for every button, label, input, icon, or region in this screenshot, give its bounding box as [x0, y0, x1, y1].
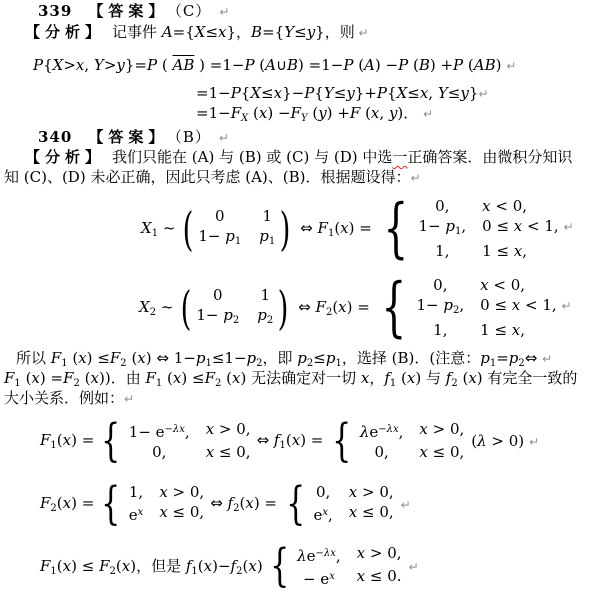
text-run: }= — [125, 56, 147, 74]
text-run: 1, — [433, 321, 447, 339]
text-run: ，即 — [263, 349, 298, 367]
text-run: > 0) — [487, 432, 529, 450]
text-run: )− — [212, 557, 230, 575]
text-run: −λx — [165, 424, 185, 435]
text-run: ( — [248, 104, 259, 122]
text-run: }， — [227, 23, 252, 41]
text-run: ) ≤ — [71, 557, 99, 575]
piecewise-grid: 1, x > 0, ex x ≤ 0, — [129, 483, 204, 525]
piecewise-condition: 1 ≤ x, — [480, 321, 525, 340]
text-run: F — [4, 369, 14, 387]
text-run: y — [116, 56, 124, 74]
formula-lhs: F1(x) ≤ F2(x)，但是 f1(x)−f2(x) — [40, 555, 263, 577]
text-run: < 1, — [522, 217, 563, 235]
piecewise-value: ex, — [313, 503, 332, 525]
text-run: X — [195, 23, 206, 41]
text-run: ≤ — [448, 84, 461, 102]
answer-label: 【答案】 — [88, 2, 168, 20]
text-run: ≤1− — [212, 349, 247, 367]
text-run: { — [387, 84, 397, 102]
text-run: 知 (C)、(D) 未必正确，因此只考虑 (A)、(B)．根据题设得： — [4, 168, 410, 186]
text-run: x — [514, 217, 522, 235]
text-run: 0, — [433, 276, 447, 294]
text-run: P — [231, 84, 241, 102]
text-run: ( — [463, 56, 474, 74]
text-run: ⇔ — [257, 431, 274, 449]
text-run: p — [443, 296, 453, 314]
text-run: 1− — [198, 227, 225, 245]
text-run: x — [357, 567, 365, 585]
text-run: ~ — [158, 219, 175, 237]
text-run: < 0, — [489, 276, 525, 294]
text-run: P — [453, 56, 463, 74]
text-run: X — [139, 298, 150, 316]
formula-lhs: X2 ~ — [139, 298, 173, 318]
text-run: ( — [308, 104, 319, 122]
text-run: x — [340, 219, 348, 237]
text-run: ( — [21, 369, 32, 387]
text-run: ) — [146, 349, 157, 367]
text-run: ≤ 0, — [214, 443, 250, 461]
text-run: ) + — [430, 56, 453, 74]
text-run: 1 ≤ — [480, 321, 512, 339]
piecewise-value: λe−λx, — [297, 544, 341, 566]
text-run: x — [63, 431, 71, 449]
text-run: ) − — [375, 56, 398, 74]
text-run: = — [496, 349, 509, 367]
problem-number: 339 — [38, 2, 72, 20]
paragraph-mark-icon: ↵ — [355, 26, 369, 40]
text-run: 大小关系．例如： — [4, 389, 124, 407]
formula-lhs: F1(x) = — [40, 431, 94, 451]
text-run: ⇔ — [300, 219, 317, 237]
piecewise-value: 0, — [435, 197, 449, 216]
text-run: } — [469, 84, 479, 102]
text-run: X — [250, 84, 261, 102]
text-run: ，但是 — [136, 557, 186, 575]
text-run: x — [512, 321, 520, 339]
text-run: ) =1− — [194, 56, 244, 74]
piecewise-value: 0, — [433, 276, 447, 295]
text-run: ( — [68, 349, 79, 367]
conclusion-line-3: 大小关系．例如：↵ — [4, 389, 134, 409]
text-run: P — [304, 84, 314, 102]
paragraph-mark-icon: ↵ — [409, 560, 419, 574]
piecewise-function: { 1, x > 0, ex x ≤ 0, — [98, 483, 204, 525]
text-run: ≤ 0, — [357, 503, 393, 521]
text-run: P — [33, 56, 43, 74]
expansion-formula-line: =1−P{X≤x}−P{Y≤y}+P{X≤x, Y≤y}↵ — [196, 84, 488, 104]
text-run: p — [297, 349, 307, 367]
document-page: 339【答案】（C）↵ 【分析】记事件 A={X≤x}，B={Y≤y}，则 ↵ … — [0, 0, 595, 593]
piecewise-condition: x > 0, — [159, 483, 204, 502]
text-run: ≤ 0. — [365, 567, 401, 585]
piecewise-condition: 0 ≤ x < 1, ↵ — [480, 296, 571, 320]
piecewise-condition: x ≤ 0, — [206, 443, 251, 462]
text-run: F — [40, 557, 50, 575]
paragraph-mark-icon: ↵ — [478, 87, 488, 101]
text-run: P — [398, 56, 408, 74]
text-run: X — [397, 84, 408, 102]
piecewise-function: { 0, x < 0, 1− p1, 0 ≤ x < 1, ↵ 1, 1 ≤ x… — [378, 197, 574, 261]
text-run: , — [379, 104, 389, 122]
text-run: ) = — [254, 494, 277, 512]
text-run: , — [336, 547, 341, 565]
text-run: y — [460, 84, 468, 102]
text-run: x — [206, 443, 214, 461]
text-run: x — [159, 503, 167, 521]
text-run: ) — [257, 557, 263, 575]
problem-number: 340 — [38, 128, 72, 146]
curly-brace-icon: { — [381, 276, 406, 341]
text-run: , — [461, 217, 466, 235]
text-run: F — [110, 349, 120, 367]
analysis-line-340-2: 知 (C)、(D) 未必正确，因此只考虑 (A)、(B)．根据题设得：↵ — [4, 168, 421, 188]
answer-value: （C） — [174, 2, 211, 20]
matrix-cell: 1− p1 — [198, 227, 241, 251]
answer-line-339: 339【答案】（C）↵ — [38, 2, 229, 22]
matrix-grid: 0 1 1− p1 p1 — [197, 207, 276, 251]
text-run: F — [145, 369, 155, 387]
text-run: ) ≤ — [87, 349, 110, 367]
distribution-matrix: ( 0 1 1− p2 p2 ) — [177, 285, 292, 331]
formula-tail: ↵ — [409, 557, 419, 575]
piecewise-value: 1− e−λx, — [129, 420, 190, 442]
text-run: −λx — [378, 424, 398, 435]
text-run: Y — [284, 23, 294, 41]
text-run: F — [205, 369, 215, 387]
text-run: ) = — [40, 369, 63, 387]
text-run: ， — [369, 369, 384, 387]
text-run: x — [78, 349, 86, 367]
piecewise-condition: x ≤ 0. — [357, 567, 402, 589]
text-run: ∪ — [276, 56, 287, 74]
text-run: 1 — [262, 207, 272, 225]
text-run: F — [316, 298, 326, 316]
text-run: 1 ≤ — [482, 242, 514, 260]
text-run: F — [318, 219, 328, 237]
text-run: p — [445, 217, 455, 235]
piecewise-condition: x ≤ 0, — [349, 503, 394, 525]
answer-value: （B） — [174, 128, 211, 146]
text-run: p — [223, 306, 233, 324]
text-run: AB — [173, 56, 195, 74]
text-run: ( — [360, 104, 371, 122]
text-run: x — [63, 557, 71, 575]
text-run: 所以 — [16, 349, 51, 367]
text-run: ) 有完全一致的 — [477, 369, 578, 387]
paragraph-mark-icon: ↵ — [423, 107, 433, 121]
matrix-grid: 0 1 1− p2 p2 — [195, 286, 274, 330]
piecewise-function: { λe−λx, x > 0, 0, x ≤ 0, — [329, 420, 464, 462]
text-run: p — [247, 349, 257, 367]
text-run: 1, — [435, 242, 449, 260]
text-run: 1− — [169, 349, 196, 367]
text-run: p — [259, 227, 269, 245]
piecewise-value: 0, — [152, 443, 166, 462]
text-run: ) 无法确定对一切 — [240, 369, 360, 387]
formula-lhs: X1 ~ — [141, 219, 175, 239]
joint-probability-formula-line: P{X>x, Y>y}=P ( AB ) =1−P (A∪B) =1−P (A)… — [33, 56, 516, 76]
text-run: x — [63, 494, 71, 512]
text-run: 0, — [152, 443, 166, 461]
text-run: F — [40, 431, 50, 449]
text-run: > 0, — [168, 483, 204, 501]
text-run: ( — [408, 56, 419, 74]
formula-mid: ⇔ f1(x) = — [257, 431, 324, 451]
matrix-cell: 1 — [260, 286, 270, 305]
curly-brace-icon: { — [102, 482, 121, 527]
paragraph-mark-icon: ↵ — [219, 131, 229, 145]
text-run: ⇔ — [156, 349, 169, 367]
text-run: F — [350, 104, 360, 122]
text-run: 一 — [392, 148, 407, 166]
text-run: x — [274, 84, 282, 102]
text-run: x — [248, 557, 256, 575]
text-run: > — [63, 56, 76, 74]
text-run: ⇔ — [298, 298, 315, 316]
text-run: x — [468, 369, 476, 387]
formula-lhs: F2(x) = — [40, 494, 94, 514]
text-run: }− — [282, 84, 304, 102]
text-run: ( — [255, 56, 266, 74]
text-run: , — [399, 423, 404, 441]
piecewise-condition: x > 0, — [206, 420, 251, 442]
piecewise-grid: λe−λx, x > 0, − ex x ≤ 0. — [297, 544, 401, 589]
piecewise-value: 0, — [374, 443, 388, 462]
text-run: 2 — [267, 315, 273, 326]
text-run: ≤ — [407, 84, 420, 102]
text-run: P — [147, 56, 157, 74]
analysis-line-340-1: 【分析】我们只能在 (A) 与 (B) 或 (C) 与 (D) 中选一正确答案．… — [25, 148, 572, 167]
text-run: Y — [438, 84, 448, 102]
text-run: y — [307, 23, 315, 41]
text-run: ) = — [71, 494, 94, 512]
cdf-result-formula-line: =1−FX (x) −FY (y) +F (x, y)． ↵ — [196, 104, 433, 128]
text-run: B — [419, 56, 430, 74]
piecewise-value: 1, — [433, 321, 447, 340]
paren-left-icon: ( — [181, 285, 192, 331]
text-run: , — [428, 84, 438, 102]
text-run: x — [480, 276, 488, 294]
text-run: ))．由 — [99, 369, 145, 387]
piecewise-value: 0, — [316, 483, 330, 502]
text-run: < 1, — [520, 296, 561, 314]
text-run: ≤ 0, — [428, 443, 464, 461]
text-run: p — [480, 349, 490, 367]
text-run: , — [84, 56, 94, 74]
text-run: λ — [477, 432, 487, 450]
paren-right-icon: ) — [278, 285, 289, 331]
f2-example-formula: F2(x) = { 1, x > 0, ex x ≤ 0, ⇔ f2(x) = … — [40, 482, 411, 526]
text-run: − e — [303, 570, 329, 588]
matrix-cell: p2 — [257, 306, 273, 330]
text-run: x — [292, 431, 300, 449]
text-run: F — [291, 104, 301, 122]
piecewise-function: { 0, x < 0, 1− p2, 0 ≤ x < 1, ↵ 1, 1 ≤ x… — [376, 276, 572, 340]
text-run: 1− e — [129, 423, 165, 441]
text-run: P — [377, 84, 387, 102]
text-run: 0, — [374, 443, 388, 461]
piecewise-value: ex — [129, 503, 144, 525]
text-run: }，则 — [315, 23, 355, 41]
text-run: A — [364, 56, 375, 74]
text-run: F — [99, 557, 109, 575]
text-run: ) = — [347, 298, 370, 316]
text-run: 0, — [316, 483, 330, 501]
text-run: x — [329, 571, 335, 582]
text-run: > 0, — [428, 420, 464, 438]
text-run: x — [514, 242, 522, 260]
text-run: x — [338, 298, 346, 316]
text-run: ( — [162, 369, 173, 387]
text-run: ={ — [173, 23, 195, 41]
distribution-matrix: ( 0 1 1− p1 p1 ) — [179, 206, 294, 252]
text-run: ≤ — [261, 84, 274, 102]
text-run: λ — [360, 423, 370, 441]
text-run: 1 — [235, 236, 241, 247]
text-run: =1− — [196, 84, 231, 102]
difference-formula: F1(x) ≤ F2(x)，但是 f1(x)−f2(x) { λe−λx, x … — [40, 543, 419, 589]
text-run: ≤ 0, — [168, 503, 204, 521]
text-run: 1− — [418, 217, 445, 235]
text-run: , — [522, 242, 527, 260]
text-run: > 0, — [365, 544, 401, 562]
text-run: 0 — [215, 207, 225, 225]
text-run: x — [204, 557, 212, 575]
text-run: ) ≤ — [181, 369, 204, 387]
piecewise-grid: 0, x < 0, 1− p2, 0 ≤ x < 1, ↵ 1, 1 ≤ x, — [416, 276, 571, 340]
curly-brace-icon: { — [270, 544, 289, 589]
text-run: P — [244, 56, 254, 74]
text-run: , — [328, 506, 333, 524]
text-run: λ — [297, 547, 307, 565]
text-run: x — [122, 557, 130, 575]
piecewise-condition: x ≤ 0, — [159, 503, 204, 525]
formula-mid: ⇔ F1(x) = — [300, 219, 372, 239]
text-run: Y — [94, 56, 104, 74]
text-run: F — [63, 369, 73, 387]
text-run: x — [31, 369, 39, 387]
matrix-cell: p1 — [259, 227, 275, 251]
text-run: ( — [353, 56, 364, 74]
text-run: −λx — [316, 548, 336, 559]
paragraph-mark-icon: ↵ — [401, 498, 411, 512]
text-run: ⇔ — [525, 349, 538, 367]
text-run: 记事件 — [112, 23, 162, 41]
text-run: ( — [458, 369, 469, 387]
text-run: ( — [396, 369, 407, 387]
text-run: x — [482, 197, 490, 215]
text-run: ⇔ — [210, 494, 227, 512]
text-run: 1 — [269, 236, 275, 247]
text-run: y — [318, 104, 326, 122]
text-run: F — [40, 494, 50, 512]
piecewise-value: 1− p2, — [416, 296, 464, 320]
piecewise-grid: 1− e−λx, x > 0, 0, x ≤ 0, — [129, 420, 251, 462]
text-run: 2 — [233, 315, 239, 326]
piecewise-value: 1− p1, — [418, 217, 466, 241]
x1-distribution-formula: X1 ~ ( 0 1 1− p1 p1 ) ⇔ F1(x) = { 0, x <… — [141, 198, 574, 260]
text-run: x — [419, 443, 427, 461]
analysis-text: 记事件 A={X≤x}，B={Y≤y}，则 ↵ — [112, 23, 369, 41]
text-run: }+ — [355, 84, 377, 102]
curly-brace-icon: { — [286, 482, 305, 527]
text-run: x — [138, 507, 144, 518]
matrix-cell: 1 — [262, 207, 272, 226]
piecewise-condition: 0 ≤ x < 1, ↵ — [482, 217, 573, 241]
piecewise-condition: x > 0, — [419, 420, 464, 442]
text-run: ) − — [267, 104, 290, 122]
x2-distribution-formula: X2 ~ ( 0 1 1− p2 p2 ) ⇔ F2(x) = { 0, x <… — [139, 277, 572, 339]
text-run: 0, — [435, 197, 449, 215]
text-run: X — [53, 56, 64, 74]
piecewise-value: 1, — [435, 242, 449, 261]
paren-right-icon: ) — [280, 206, 291, 252]
text-run: p — [509, 349, 519, 367]
text-run: ≤ — [294, 23, 307, 41]
text-run: Y — [301, 113, 308, 124]
text-run: p — [257, 306, 267, 324]
text-run: F — [51, 349, 61, 367]
formula-mid: ⇔ f2(x) = — [210, 494, 277, 514]
analysis-line-339: 【分析】记事件 A={X≤x}，B={Y≤y}，则 ↵ — [25, 23, 369, 43]
formula-mid: ⇔ F2(x) = — [298, 298, 370, 318]
piecewise-condition: x > 0, — [357, 544, 402, 566]
text-run: Y — [324, 84, 334, 102]
paragraph-mark-icon: ↵ — [124, 392, 134, 406]
text-run: , — [520, 321, 525, 339]
text-run: { — [241, 84, 251, 102]
text-run: A — [162, 23, 173, 41]
text-run: x — [137, 349, 145, 367]
text-run: 0 ≤ — [482, 217, 514, 235]
piecewise-grid: 0, x > 0, ex, x ≤ 0, — [313, 483, 393, 525]
text-run: ) = — [71, 431, 94, 449]
text-run: 1− — [196, 306, 223, 324]
f1-example-formula: F1(x) = { 1− e−λx, x > 0, 0, x ≤ 0, ⇔ f1… — [40, 419, 539, 463]
piecewise-value: 1, — [129, 483, 143, 502]
text-run: x — [159, 483, 167, 501]
text-run: 我们只能在 (A) 与 (B) 或 (C) 与 (D) 中选 — [112, 148, 392, 166]
answer-line-340: 340【答案】（B）↵ — [38, 128, 229, 148]
text-run: ，选择 (B)．(注意： — [342, 349, 480, 367]
text-run: F — [231, 104, 241, 122]
text-run: B — [287, 56, 298, 74]
piecewise-function: { 0, x > 0, ex, x ≤ 0, — [283, 483, 394, 525]
text-run: 0 ≤ — [480, 296, 512, 314]
text-run: y — [346, 84, 354, 102]
piecewise-function: { 1− e−λx, x > 0, 0, x ≤ 0, — [98, 420, 250, 462]
text-run: P — [343, 56, 353, 74]
analysis-label: 【分析】 — [25, 23, 105, 41]
text-run: 1 — [260, 286, 270, 304]
text-run: > 0, — [357, 483, 393, 501]
text-run: )． — [397, 104, 423, 122]
text-run: X — [141, 219, 152, 237]
text-run: x — [206, 420, 214, 438]
paren-left-icon: ( — [183, 206, 194, 252]
paragraph-mark-icon: ↵ — [506, 59, 516, 73]
text-run: e — [369, 423, 378, 441]
text-run: 1, — [129, 483, 143, 501]
text-run: > — [104, 56, 117, 74]
formula-tail: (λ > 0) ↵ — [471, 432, 539, 450]
piecewise-value: − ex — [303, 567, 335, 589]
matrix-cell: 0 — [215, 207, 225, 226]
text-run: x — [91, 369, 99, 387]
paragraph-mark-icon: ↵ — [219, 5, 229, 19]
